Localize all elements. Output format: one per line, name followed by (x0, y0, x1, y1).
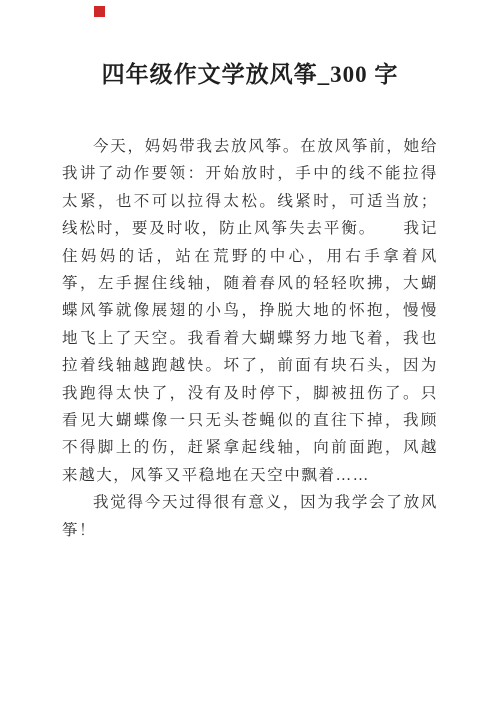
essay-paragraph: 今天，妈妈带我去放风筝。在放风筝前，她给我讲了动作要领：开始放时，手中的线不能拉… (62, 133, 438, 489)
document-title: 四年级作文学放风筝_300 字 (0, 0, 500, 89)
essay-body: 今天，妈妈带我去放风筝。在放风筝前，她给我讲了动作要领：开始放时，手中的线不能拉… (0, 133, 500, 544)
red-corner-marker (94, 6, 105, 17)
document-page: 四年级作文学放风筝_300 字 今天，妈妈带我去放风筝。在放风筝前，她给我讲了动… (0, 0, 500, 708)
essay-paragraph: 我觉得今天过得很有意义，因为我学会了放风筝！ (62, 489, 438, 544)
